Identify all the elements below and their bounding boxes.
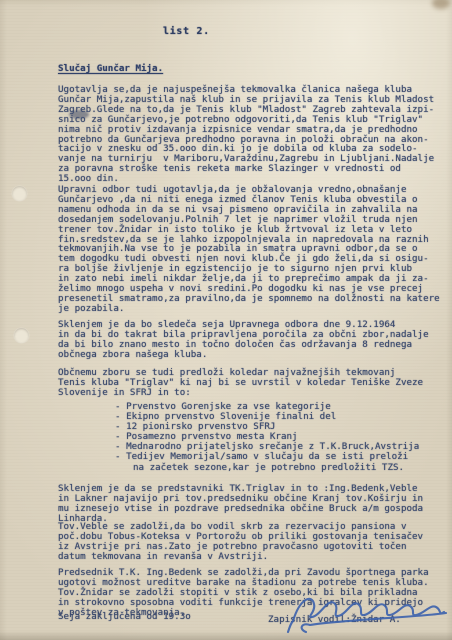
paragraph-calendar-intro: Občnemu zboru se tudi predloži koledar n… (58, 368, 423, 398)
signature-ink (280, 586, 452, 638)
page-title: list 2. (163, 27, 210, 37)
paragraph-next-meeting: Sklenjem je da bo sledeča seja Upravnega… (58, 320, 429, 360)
text-line: mu iznesejo vtise in pozdrave predsednik… (58, 504, 423, 514)
signature-scribble (280, 586, 452, 640)
session-closed-line: Seja zaključena od 19.3o (58, 612, 191, 622)
section-heading-block: Slučaj Gunčar Mija. (58, 64, 163, 74)
paragraph-board-statement: Upravni odbor tudi ugotavlja,da je obžal… (58, 185, 440, 314)
text-line: je pozabila. (58, 304, 440, 314)
text-line: Seja zaključena od 19.3o (58, 612, 191, 622)
paragraph-delegation: Sklenjem je da se predstavniki TK.Trigla… (58, 484, 423, 524)
text-line: občnega zbora našega kluba. (58, 350, 429, 360)
paragraph-bedenk-task: Predsednik T.K. Ing.Bedenk se zadolži,da… (58, 568, 429, 588)
text-line: datum tekmovana in revanša v Avstriji. (58, 552, 423, 562)
punch-hole (14, 328, 29, 343)
scanned-typewritten-document: list 2. Slučaj Gunčar Mija. Ugotavlja se… (0, 0, 452, 640)
text-line: 15.ooo din. (58, 174, 434, 184)
list-item-continuation: na začetek sezone,kar je potrebno predlo… (115, 463, 419, 473)
page-header: list 2. (163, 27, 210, 37)
paragraph-veble-task: Tov.Veble se zadolži,da bo vodil skrb za… (58, 522, 423, 562)
section-heading: Slučaj Gunčar Mija. (58, 64, 163, 74)
punch-hole (12, 186, 27, 201)
paragraph-gunchar-case: Ugotavlja se,da je najuspešnejša tekmova… (58, 85, 434, 184)
corner-smudge (432, 0, 450, 9)
calendar-list: - Prvenstvo Gorenjske za vse kategorije … (115, 402, 419, 473)
text-line: Slovenije in SFRJ in to: (58, 388, 423, 398)
